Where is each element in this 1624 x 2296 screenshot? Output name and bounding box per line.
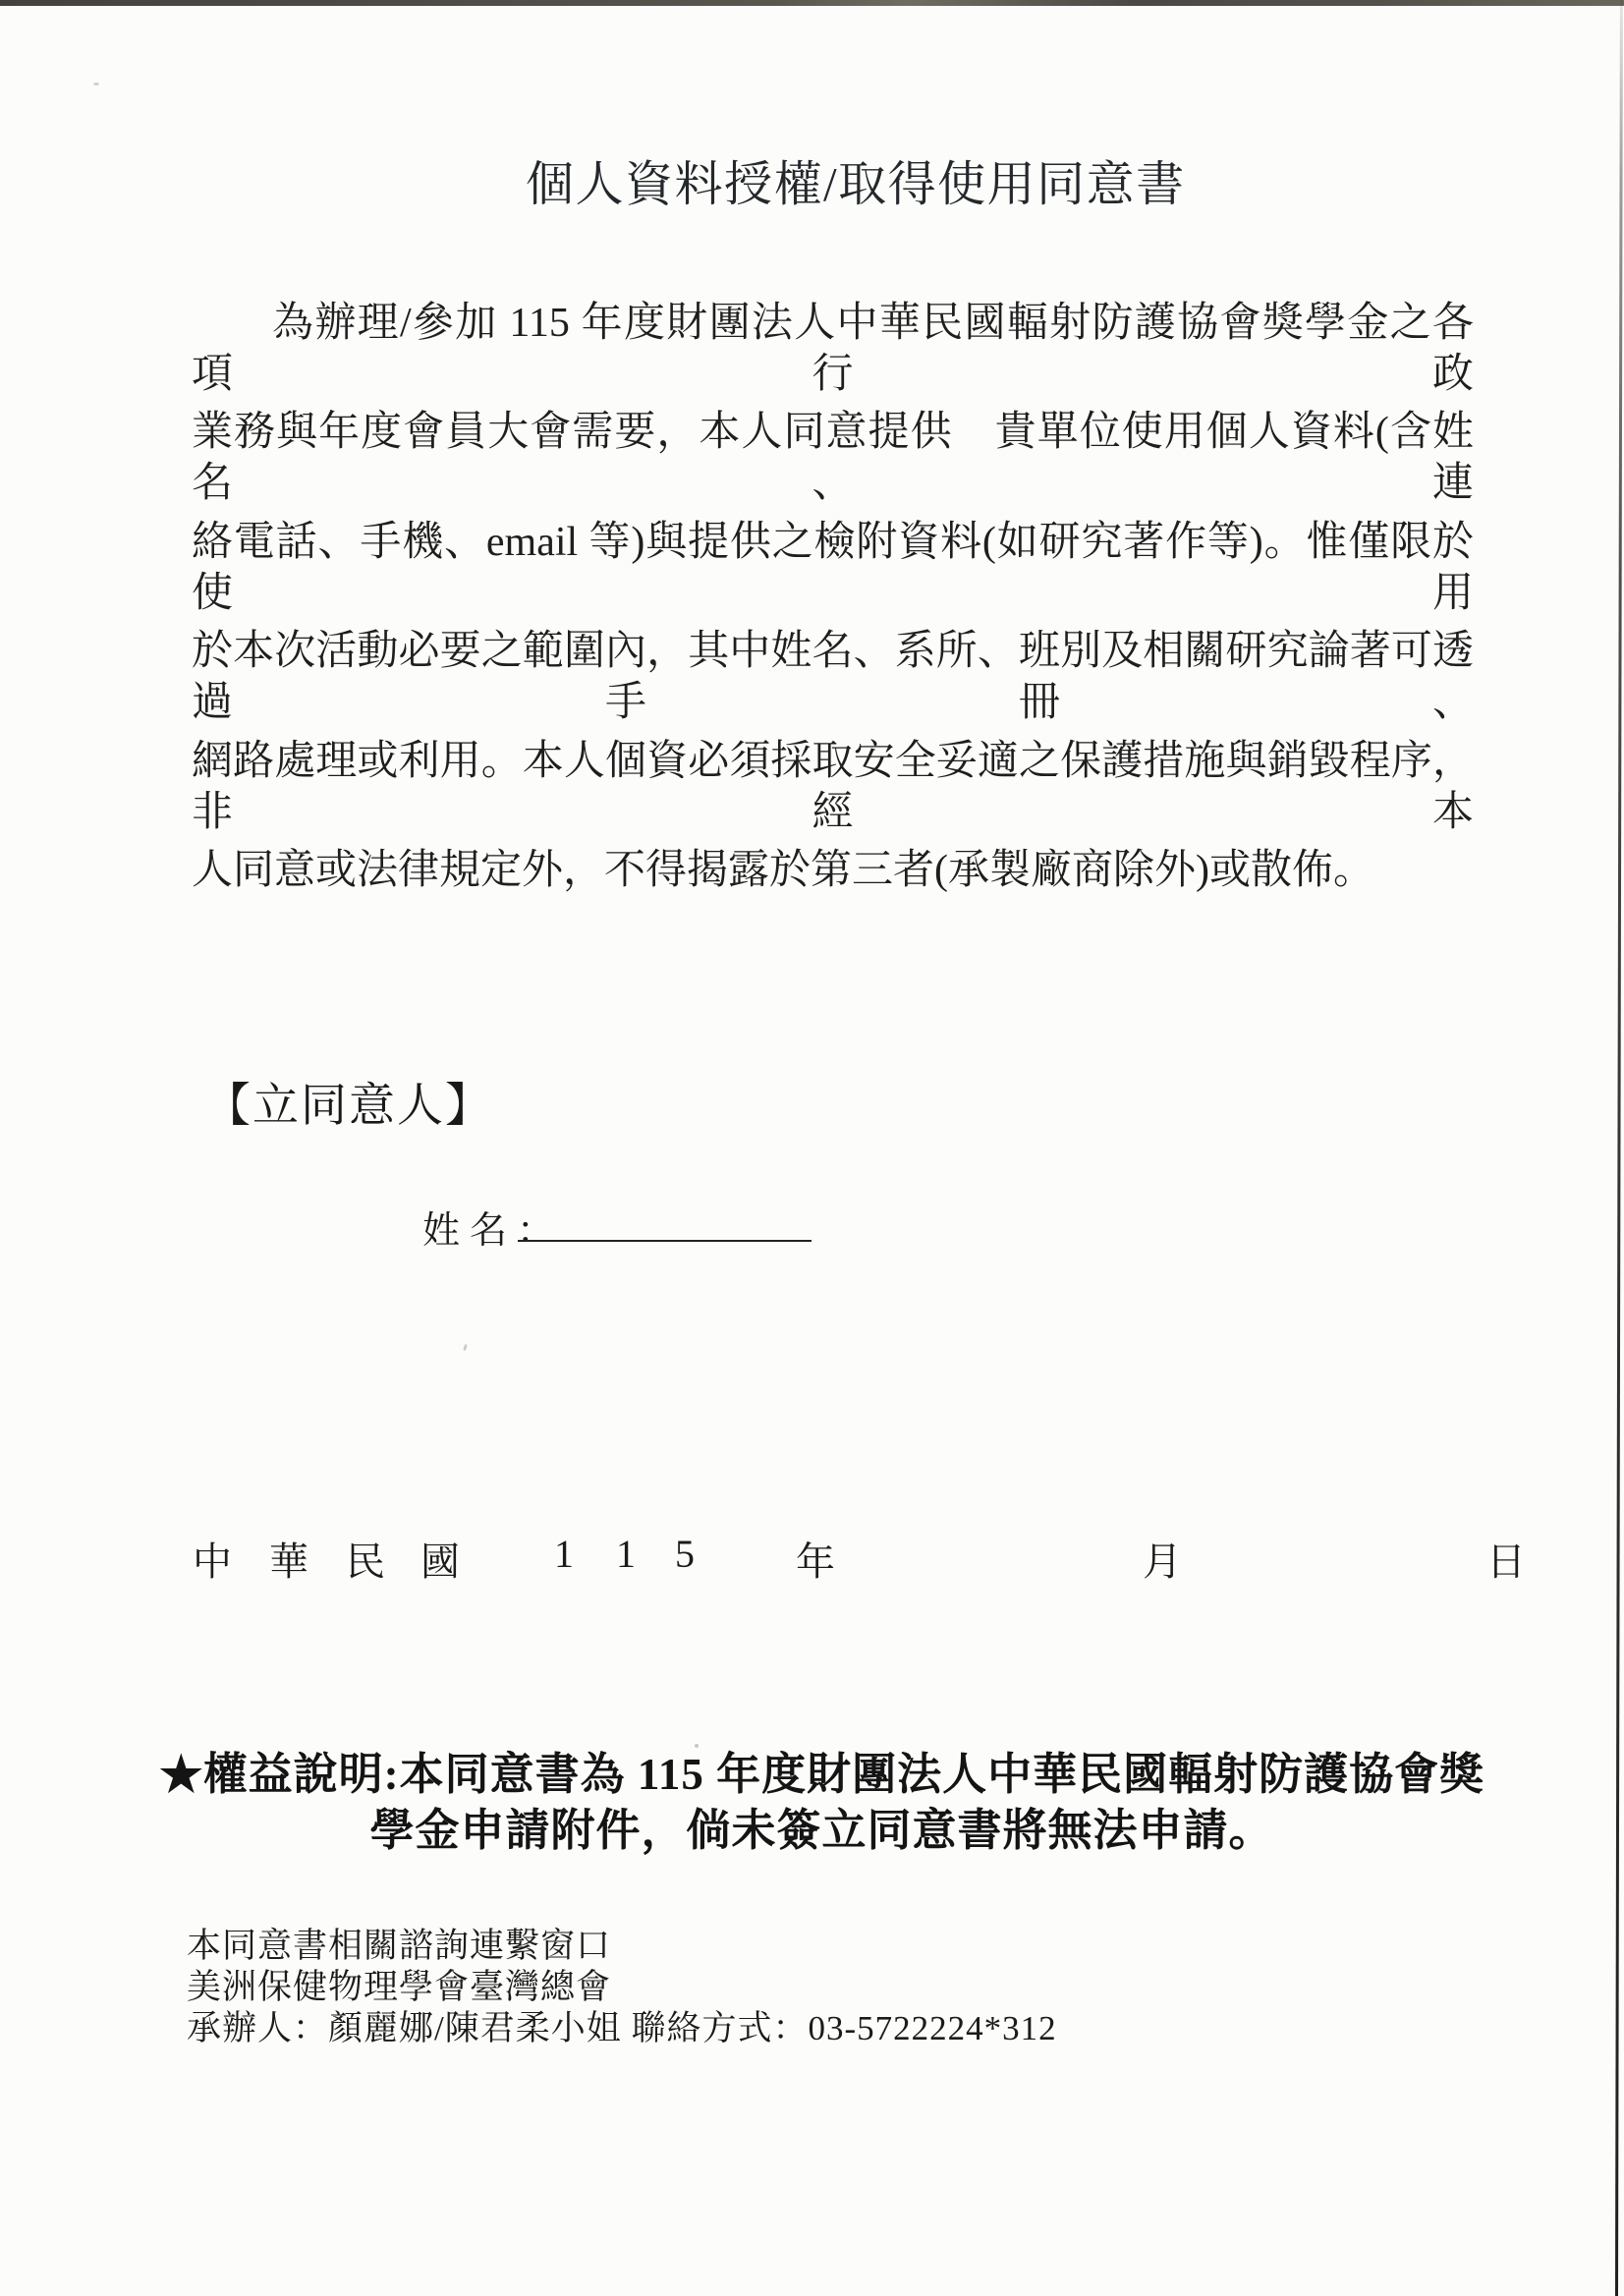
rights-notice: ★權益說明:本同意書為 115 年度財團法人中華民國輻射防護協會獎 學金申請附件…: [10, 1747, 1624, 1859]
paragraph-line: 人同意或法律規定外，不得揭露於第三者(承製廠商除外)或散佈。: [192, 845, 1474, 896]
date-char: 中: [193, 1531, 232, 1587]
scanned-consent-document: 個人資料授權/取得使用同意書 為辦理/參加 115 年度財團法人中華民國輻射防護…: [0, 0, 1624, 2296]
date-year-digit: 1: [616, 1531, 636, 1577]
rights-notice-line: ★權益說明:本同意書為 115 年度財團法人中華民國輻射防護協會獎: [10, 1747, 1624, 1803]
paragraph-line: 網路處理或利用。本人個資必須採取安全妥適之保護措施與銷毀程序，非經本: [192, 736, 1474, 838]
paragraph-line: 於本次活動必要之範圍內，其中姓名、系所、班別及相關研究論著可透過手冊、: [192, 626, 1474, 728]
date-month-label: 月: [1143, 1531, 1182, 1587]
date-year-digit: 5: [675, 1531, 695, 1577]
signer-section-label: 【立同意人】: [204, 1069, 493, 1135]
date-year-digit: 1: [554, 1531, 574, 1577]
star-icon: ★: [159, 1747, 203, 1802]
rights-notice-line: 學金申請附件，倘未簽立同意書將無法申請。: [10, 1803, 1624, 1859]
paragraph-line: 業務與年度會員大會需要，本人同意提供 貴單位使用個人資料(含姓名、連: [192, 407, 1474, 509]
date-char: 華: [269, 1531, 308, 1587]
scan-edge-artifact-right: [1615, 0, 1623, 2296]
scan-speck: [93, 83, 99, 85]
date-year-label: 年: [796, 1531, 835, 1587]
contact-info: 本同意書相關諮詢連繫窗口 美洲保健物理學會臺灣總會 承辦人：顏麗娜/陳君柔小姐 …: [187, 1926, 1057, 2049]
date-day-label: 日: [1486, 1531, 1526, 1587]
page-title: 個人資料授權/取得使用同意書: [526, 146, 1186, 215]
paragraph-line: 為辦理/參加 115 年度財團法人中華民國輻射防護協會獎學金之各項行政: [192, 298, 1474, 400]
name-underline-blank: [518, 1199, 812, 1242]
scan-edge-artifact-top: [0, 0, 1624, 6]
scan-speck: [463, 1344, 468, 1352]
contact-line: 本同意書相關諮詢連繫窗口: [187, 1926, 1057, 1967]
date-char: 民: [346, 1531, 385, 1587]
paragraph-line: 絡電話、手機、email 等)與提供之檢附資料(如研究著作等)。惟僅限於使用: [192, 517, 1474, 619]
date-char: 國: [420, 1531, 460, 1587]
rights-notice-text: 權益說明:本同意書為 115 年度財團法人中華民國輻射防護協會獎: [203, 1750, 1485, 1799]
date-line: 中 華 民 國 1 1 5 年 月 日: [0, 1531, 1624, 1582]
contact-line: 承辦人：顏麗娜/陳君柔小姐 聯絡方式：03-5722224*312: [187, 2008, 1057, 2049]
contact-line: 美洲保健物理學會臺灣總會: [187, 1967, 1057, 2008]
